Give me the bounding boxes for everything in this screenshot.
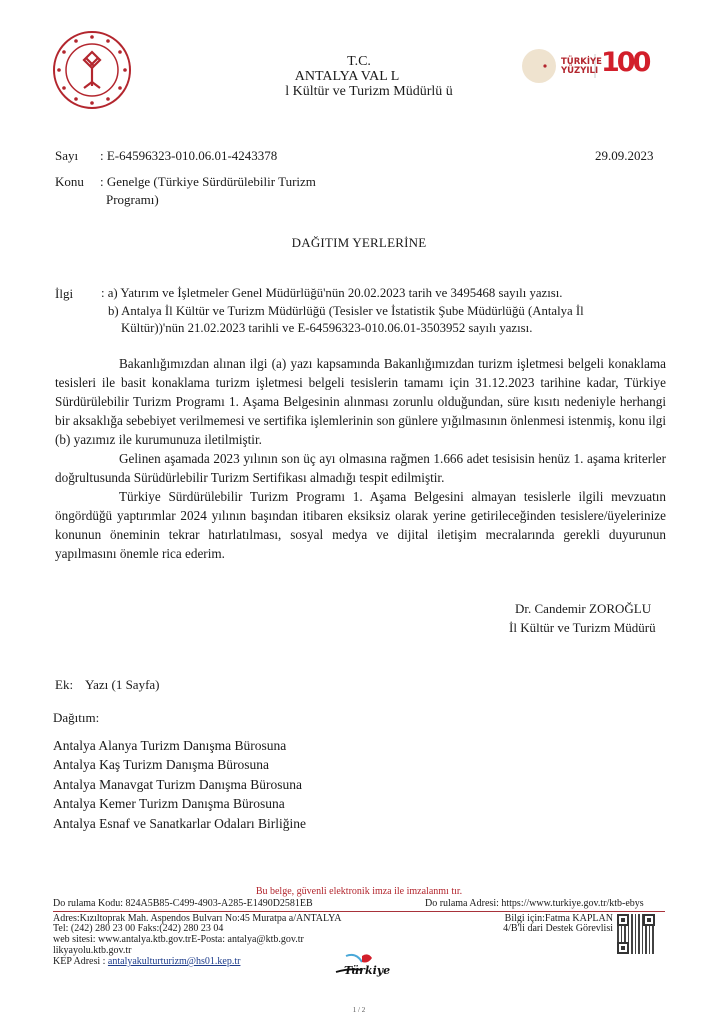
turkiye-logo-text: Türkiye	[344, 964, 390, 977]
attachment-label: Ek:	[55, 677, 73, 693]
footer-divider	[53, 911, 665, 912]
konu-label: Konu	[55, 173, 84, 190]
recipient-heading: DAĞITIM YERLERİNE	[0, 235, 718, 251]
footer-phone: Tel: (242) 280 23 00 Faks:(242) 280 23 0…	[53, 924, 223, 935]
distribution-label: Dağıtım:	[53, 710, 99, 726]
body-paragraph-1: Bakanlığımızdan alınan ilgi (a) yazı kap…	[55, 354, 666, 449]
distribution-item: Antalya Alanya Turizm Danışma Bürosuna	[53, 736, 306, 755]
turkiye-brand-logo: Türkiye	[332, 950, 392, 984]
document-date: 29.09.2023	[595, 147, 654, 164]
distribution-list: Antalya Alanya Turizm Danışma Bürosuna A…	[53, 736, 306, 833]
konu-value: : Genelge (Türkiye Sürdürülebilir Turizm	[100, 173, 316, 190]
verification-code: Do rulama Kodu: 824A5B85-C499-4903-A285-…	[53, 899, 313, 910]
ilgi-label: İlgi	[55, 285, 73, 302]
ilgi-item-a: : a) Yatırım ve İşletmeler Genel Müdürlü…	[101, 285, 563, 302]
kep-label: KEP Adresi :	[53, 956, 108, 967]
distribution-item: Antalya Kaş Turizm Danışma Bürosuna	[53, 755, 306, 774]
distribution-item: Antalya Manavgat Turizm Danışma Bürosuna	[53, 775, 306, 794]
signatory-name: Dr. Candemir ZOROĞLU	[515, 601, 651, 617]
distribution-item: Antalya Kemer Turizm Danışma Bürosuna	[53, 794, 306, 813]
qr-code-icon	[617, 914, 655, 954]
signatory-title: İl Kültür ve Turizm Müdürü	[509, 620, 656, 636]
body-text: Bakanlığımızdan alınan ilgi (a) yazı kap…	[55, 354, 666, 563]
yuzyili-line2: YÜZYILI	[561, 67, 598, 76]
turkiye-yuzyili-100-logo: TÜRKİYE YÜZYILI 100	[517, 46, 687, 90]
contact-role: 4/B'li dari Destek Görevlisi	[503, 924, 613, 935]
body-paragraph-2: Gelinen aşamada 2023 yılının son üç ayı …	[55, 449, 666, 487]
sayi-value: : E-64596323-010.06.01-4243378	[100, 147, 277, 164]
kep-address-link[interactable]: antalyakulturturizm@hs01.kep.tr	[108, 956, 241, 967]
footer-kep: KEP Adresi : antalyakulturturizm@hs01.ke…	[53, 957, 240, 968]
attachment-value: Yazı (1 Sayfa)	[85, 677, 160, 693]
footer-web: web sitesi: www.antalya.ktb.gov.trE-Post…	[53, 935, 304, 946]
centennial-number: 100	[601, 48, 648, 78]
e-signature-notice: Bu belge, güvenli elektronik imza ile im…	[0, 887, 718, 898]
konu-value-cont: Programı)	[106, 191, 159, 208]
distribution-item: Antalya Esnaf ve Sanatkarlar Odaları Bir…	[53, 814, 306, 833]
verification-address: Do rulama Adresi: https://www.turkiye.go…	[425, 899, 644, 910]
page-number: 1 / 2	[0, 1006, 718, 1014]
ilgi-item-b: b) Antalya İl Kültür ve Turizm Müdürlüğü…	[108, 303, 584, 320]
footer-web2: likyayolu.ktb.gov.tr	[53, 946, 132, 957]
sayi-label: Sayı	[55, 147, 78, 164]
body-paragraph-3: Türkiye Sürdürülebilir Turizm Programı 1…	[55, 487, 666, 563]
ilgi-item-b-cont: Kültür))'nün 21.02.2023 tarihli ve E-645…	[121, 320, 532, 337]
